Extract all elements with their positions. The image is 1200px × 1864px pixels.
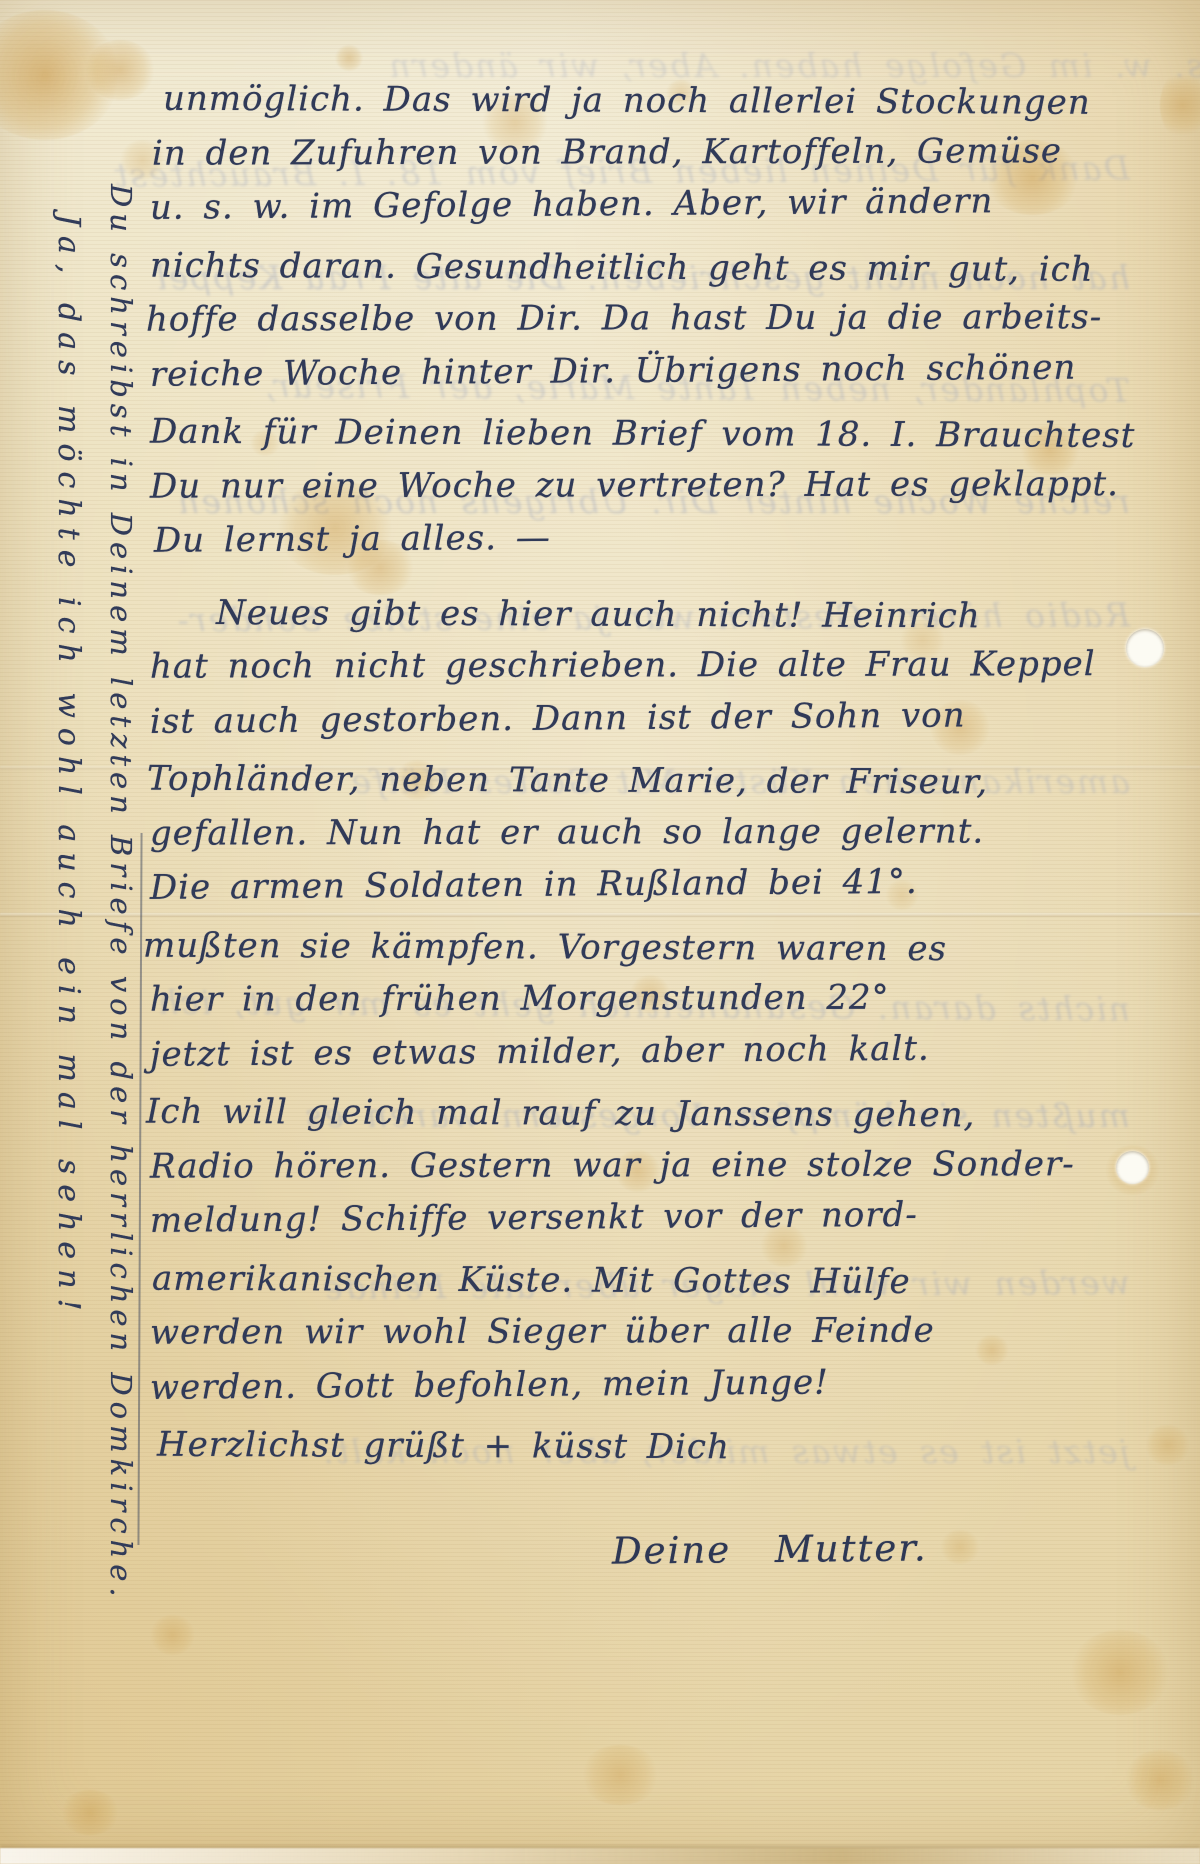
letter-line: unmöglich. Das wird ja noch allerlei Sto…	[0, 78, 1200, 139]
letter-line: nichts daran. Gesundheitlich geht es mir…	[0, 245, 1200, 306]
letter-line: Die armen Soldaten in Rußland bei 41°.	[0, 860, 1200, 925]
letter-line: meldung! Schiffe versenkt vor der nord-	[0, 1193, 1200, 1258]
stain	[940, 1530, 980, 1564]
letter-line: Du lernst ja alles. —	[0, 513, 1200, 578]
stain	[60, 1790, 120, 1835]
letter-line: Ich will gleich mal rauf zu Janssens geh…	[0, 1091, 1200, 1152]
letter-line: ist auch gestorben. Dann ist der Sohn vo…	[0, 693, 1200, 758]
punch-hole	[1126, 629, 1164, 667]
letter-line: werden wir wohl Sieger über alle Feinde	[0, 1310, 1200, 1369]
letter-line: hat noch nicht geschrieben. Die alte Fra…	[0, 644, 1200, 703]
letter-line: werden. Gott befohlen, mein Junge!	[0, 1359, 1200, 1424]
letter-body: unmöglich. Das wird ja noch allerlei Sto…	[0, 78, 1200, 1480]
letter-line: hier in den frühen Morgenstunden 22°	[0, 977, 1200, 1036]
stain	[150, 1615, 195, 1655]
stain	[1070, 1630, 1170, 1715]
stain	[1125, 1750, 1195, 1810]
letter-line: Herzlichst grüßt + küsst Dich	[0, 1424, 1200, 1485]
letter-line: u. s. w. im Gefolge haben. Aber, wir änd…	[0, 180, 1200, 245]
letter-page: u. s. w. im Gefolge haben. Aber, wir änd…	[0, 0, 1200, 1864]
signature: Deine Mutter.	[612, 1526, 928, 1572]
letter-line: jetzt ist es etwas milder, aber noch kal…	[0, 1026, 1200, 1091]
letter-line: hoffe dasselbe von Dir. Da hast Du ja di…	[0, 297, 1200, 356]
stain	[335, 45, 363, 71]
letter-line: Tophländer, neben Tante Marie, der Frise…	[0, 758, 1200, 819]
letter-line: Neues gibt es hier auch nicht! Heinrich	[0, 592, 1200, 653]
scan-bottom-edge	[0, 1848, 1200, 1864]
letter-line: Dank für Deinen lieben Brief vom 18. I. …	[0, 411, 1200, 472]
stain	[580, 1745, 660, 1805]
punch-hole	[1116, 1151, 1149, 1184]
letter-line: mußten sie kämpfen. Vorgestern waren es	[0, 925, 1200, 986]
letter-line: amerikanischen Küste. Mit Gottes Hülfe	[0, 1258, 1200, 1319]
letter-line: reiche Woche hinter Dir. Übrigens noch s…	[0, 346, 1200, 411]
